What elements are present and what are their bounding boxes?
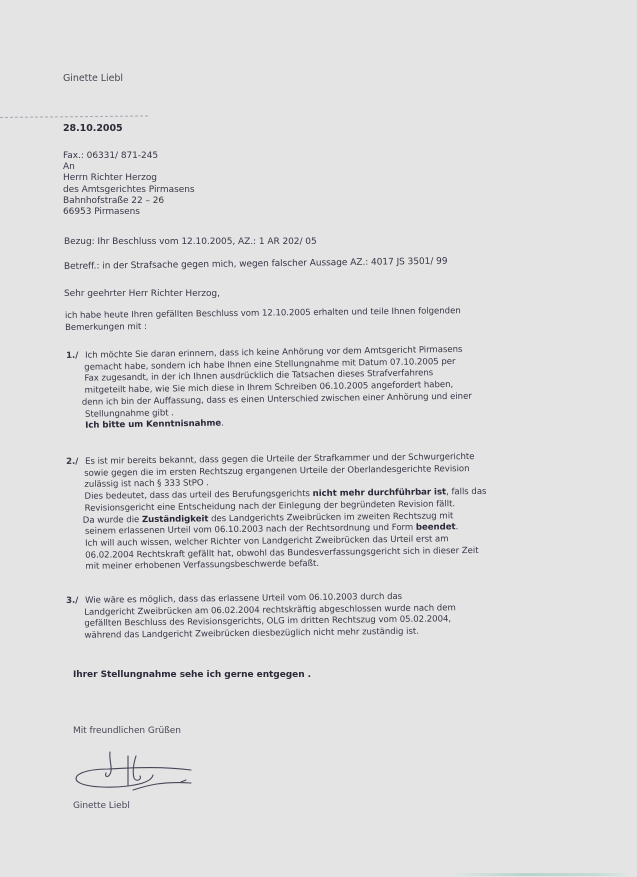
recipient-street: Bahnhofstraße 22 – 26 (63, 196, 194, 207)
signature-icon (68, 748, 198, 794)
point-1: 1./ Ich möchte Sie daran erinnern, dass … (66, 345, 472, 433)
reference-line: Bezug: Ihr Beschluss vom 12.10.2005, AZ.… (64, 237, 317, 247)
fold-mark-line (0, 115, 148, 118)
bold-phrase: nicht mehr durchführbar ist (313, 487, 447, 499)
point-2: 2./ Es ist mir bereits bekannt, dass geg… (66, 452, 487, 574)
recipient-court: des Amtsgerichtes Pirmasens (63, 185, 194, 196)
recipient-name: Herrn Richter Herzog (63, 173, 194, 184)
fax-number: Fax.: 06331/ 871-245 (63, 151, 194, 162)
point-3: 3./ Wie wäre es möglich, dass das erlass… (66, 591, 456, 643)
bold-request: Ich bitte um Kenntnisnahme (85, 419, 221, 431)
address-line: An (63, 162, 194, 173)
subject-line: Betreff.: in der Strafsache gegen mich, … (64, 257, 448, 272)
point-number: 2./ (66, 457, 78, 469)
salutation: Sehr geehrter Herr Richter Herzog, (64, 289, 220, 299)
scan-edge-artifact (455, 873, 630, 876)
bold-phrase: Zuständigkeit (142, 514, 209, 525)
intro-paragraph: ich habe heute Ihren gefällten Beschluss… (65, 306, 461, 334)
closing-request: Ihrer Stellungnahme sehe ich gerne entge… (73, 670, 311, 680)
letter-date: 28.10.2005 (63, 123, 123, 134)
closing-greeting: Mit freundlichen Grüßen (73, 726, 181, 736)
recipient-address-block: Fax.: 06331/ 871-245 An Herrn Richter He… (63, 151, 194, 218)
sender-name-header: Ginette Liebl (63, 73, 123, 84)
point-number: 1./ (66, 351, 78, 363)
bold-phrase: beendet (416, 522, 456, 532)
recipient-city: 66953 Pirmasens (63, 207, 194, 218)
sender-name-footer: Ginette Liebl (73, 801, 130, 811)
point-number: 3./ (66, 596, 78, 608)
